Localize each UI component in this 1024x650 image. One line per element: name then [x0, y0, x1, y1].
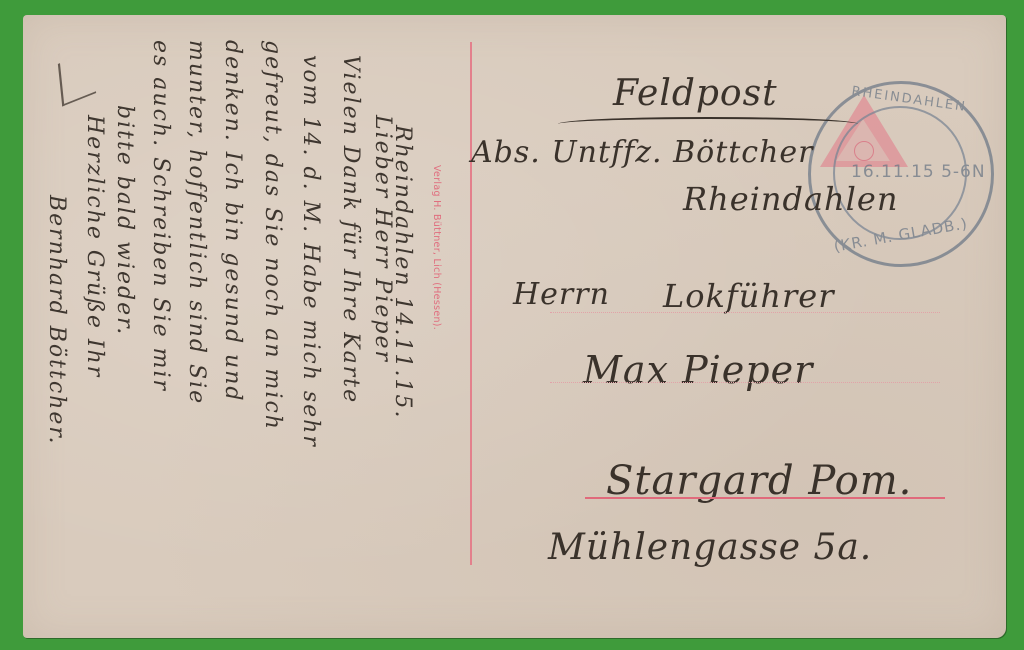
message-line: bitte bald wieder. [112, 105, 137, 336]
message-line: es auch. Schreiben Sie mir [148, 40, 173, 392]
message-line: vom 14. d. M. Habe mich sehr [298, 55, 323, 448]
postmark-date: 16.11.15 5-6N [851, 162, 986, 182]
recipient-name: Max Pieper [583, 348, 813, 392]
message-signature: Bernhard Böttcher. [44, 195, 69, 445]
sender-name: Abs. Untffz. Böttcher [471, 135, 814, 170]
salutation: Herrn [513, 277, 610, 312]
address-dotted-line-2 [550, 382, 940, 383]
destination-street: Mühlengasse 5a. [548, 527, 872, 568]
feldpost-underline [558, 117, 858, 131]
address-red-underline [585, 497, 945, 499]
message-line: munter, hoffentlich sind Sie [184, 40, 209, 405]
postmark-stamp: RHEINDAHLEN 16.11.15 5-6N (KR. M. GLADB.… [808, 81, 994, 267]
pen-check-mark [58, 50, 96, 106]
message-greeting: Lieber Herr Pieper [370, 115, 395, 363]
postcard: Rheindahlen 14.11.15. Lieber Herr Pieper… [23, 15, 1006, 638]
message-line: gefreut, das Sie noch an mich [260, 40, 285, 431]
message-line: Herzliche Grüße Ihr [82, 115, 107, 378]
divider-line [470, 42, 472, 565]
message-line: denken. Ich bin gesund und [220, 40, 245, 402]
publisher-imprint: Verlag H. Büttner, Lich (Hessen). [431, 165, 442, 555]
address-dotted-line-1 [550, 312, 940, 313]
recipient-title: Lokführer [663, 277, 835, 315]
message-line: Vielen Dank für Ihre Karte [338, 55, 363, 404]
sender-location: Rheindahlen [683, 180, 898, 218]
feldpost-mark: Feldpost [613, 73, 778, 114]
